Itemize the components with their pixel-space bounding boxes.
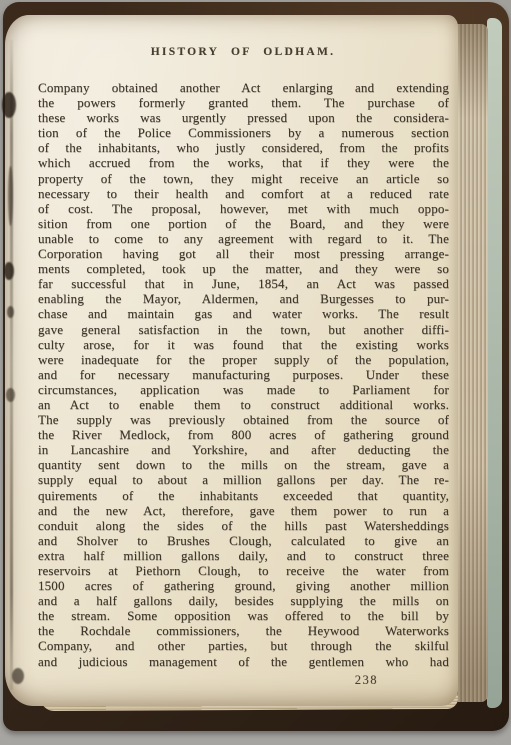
text-line: of the inhabitants, who justly considere… bbox=[38, 140, 449, 155]
text-line: far successful that in June, 1854, an Ac… bbox=[38, 276, 449, 291]
text-line: enabling the Mayor, Aldermen, and Burges… bbox=[38, 291, 449, 306]
text-line: sition from one portion of the Board, an… bbox=[38, 216, 449, 231]
text-line: reservoirs at Piethorn Clough, to receiv… bbox=[38, 563, 449, 578]
text-line: culty arose, for it was found that the e… bbox=[38, 337, 449, 352]
text-line: these works was urgently pressed upon th… bbox=[38, 110, 449, 125]
binding-mark bbox=[7, 306, 14, 318]
binding-mark bbox=[12, 668, 24, 684]
text-line: of cost. The proposal, however, met with… bbox=[38, 201, 449, 216]
text-line: unable to come to any agreement with reg… bbox=[38, 231, 449, 246]
text-line: in Lancashire and Yorkshire, and after d… bbox=[38, 442, 449, 457]
text-line: gave general satisfaction in the town, b… bbox=[38, 322, 449, 337]
photo-of-book: { "page": { "header": "HISTORY OF OLDHAM… bbox=[0, 0, 511, 745]
fore-edge-page-stack bbox=[454, 24, 488, 702]
text-line: and Sholver to Brushes Clough, calculate… bbox=[38, 533, 449, 548]
binding-mark bbox=[8, 166, 13, 226]
text-line: an Act to enable them to construct addit… bbox=[38, 397, 449, 412]
text-line: the stream. Some opposition was offered … bbox=[38, 608, 449, 623]
text-line: conduit along the sides of the hills pas… bbox=[38, 518, 449, 533]
text-line: tion of the Police Commissioners by a nu… bbox=[38, 125, 449, 140]
text-line: property of the town, they might receive… bbox=[38, 171, 449, 186]
running-header: HISTORY OF OLDHAM. bbox=[38, 46, 448, 61]
text-line: Company obtained another Act enlarging a… bbox=[38, 80, 449, 95]
text-line: the powers formerly granted them. The pu… bbox=[38, 95, 449, 110]
text-line: ments completed, took up the matter, and… bbox=[38, 261, 449, 276]
text-line: supply equal to about a million gallons … bbox=[38, 472, 449, 487]
text-line: 1500 acres of gathering ground, giving a… bbox=[38, 578, 449, 593]
text-line: which accrued from the works, that if th… bbox=[38, 155, 449, 170]
text-line: and judicious management of the gentleme… bbox=[38, 654, 449, 669]
endpaper-strip bbox=[487, 18, 502, 708]
text-line: and for necessary manufacturing purposes… bbox=[38, 367, 449, 382]
page-number: 238 bbox=[38, 673, 378, 688]
binding-gutter-shadow bbox=[10, 40, 13, 690]
binding-mark bbox=[2, 92, 16, 118]
binding-mark bbox=[6, 388, 15, 402]
text-line: Corporation having got all their most pr… bbox=[38, 246, 449, 261]
binding-mark bbox=[4, 262, 14, 280]
text-line: were inadequate for the proper supply of… bbox=[38, 352, 449, 367]
text-line: the Rochdale commissioners, the Heywood … bbox=[38, 623, 449, 638]
text-line: extra half million gallons daily, and to… bbox=[38, 548, 449, 563]
text-line: circumstances, application was made to P… bbox=[38, 382, 449, 397]
text-line: quantity sent down to the mills on the s… bbox=[38, 457, 449, 472]
text-line: and the new Act, therefore, gave them po… bbox=[38, 503, 449, 518]
text-line: The supply was previously obtained from … bbox=[38, 412, 449, 427]
text-line: necessary to their health and comfort at… bbox=[38, 186, 449, 201]
text-line: chase and maintain gas and water works. … bbox=[38, 306, 449, 321]
text-line: and a half gallons daily, besides supply… bbox=[38, 593, 449, 608]
body-text: Company obtained another Act enlarging a… bbox=[38, 80, 449, 669]
text-line: Company, and other parties, but through … bbox=[38, 638, 449, 653]
text-line: quirements of the inhabitants exceeded t… bbox=[38, 488, 449, 503]
text-line: the River Medlock, from 800 acres of gat… bbox=[38, 427, 449, 442]
